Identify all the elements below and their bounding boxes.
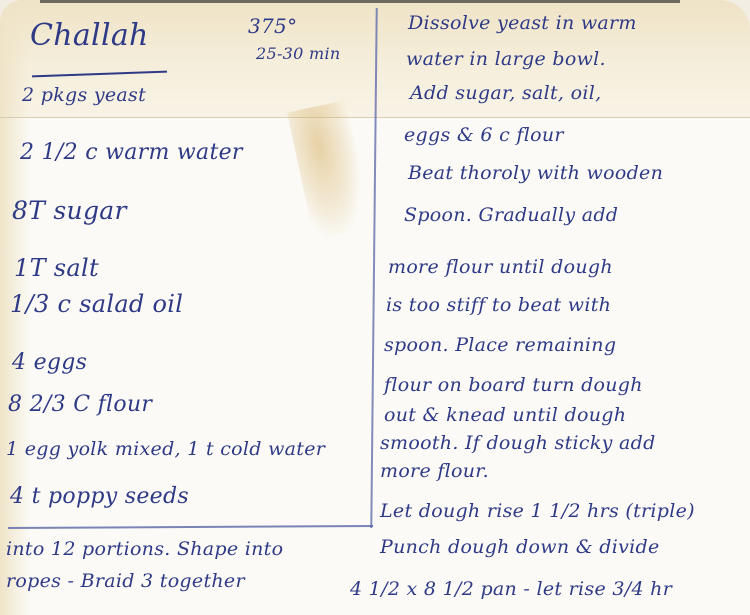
ingredient-item: 8T sugar (12, 196, 127, 225)
bake-time: 25-30 min (256, 44, 341, 63)
direction-line: Beat thoroly with wooden (408, 162, 663, 184)
recipe-title: Challah (30, 18, 149, 53)
ingredient-item: 2 1/2 c warm water (20, 140, 243, 165)
direction-line: Dissolve yeast in warm (408, 12, 637, 34)
ingredient-item: 2 pkgs yeast (22, 84, 146, 106)
direction-continuation: into 12 portions. Shape into (6, 538, 283, 560)
direction-line: more flour until dough (388, 256, 613, 278)
direction-line: out & knead until dough (384, 404, 626, 426)
ingredient-item: 1 egg yolk mixed, 1 t cold water (6, 438, 325, 460)
ingredient-item: 1/3 c salad oil (10, 290, 183, 318)
direction-continuation: ropes - Braid 3 together (6, 570, 245, 592)
ingredient-item: 4 t poppy seeds (10, 484, 189, 509)
ingredient-item: 4 eggs (12, 350, 87, 375)
water-stain (287, 100, 373, 240)
direction-line: water in large bowl. (406, 48, 606, 70)
direction-line: Let dough rise 1 1/2 hrs (triple) (380, 500, 695, 522)
direction-line: 4 1/2 x 8 1/2 pan - let rise 3/4 hr (350, 578, 672, 600)
oven-temperature: 375° (248, 14, 297, 38)
card-top-edge (40, 0, 680, 3)
ingredients-divider (8, 525, 373, 529)
ingredient-item: 1T salt (14, 254, 99, 282)
direction-line: spoon. Place remaining (384, 334, 616, 356)
direction-line: flour on board turn dough (384, 374, 643, 396)
direction-line: more flour. (380, 460, 489, 482)
direction-line: is too stiff to beat with (386, 294, 611, 316)
recipe-card: Challah 375° 25-30 min 2 pkgs yeast 2 1/… (0, 0, 750, 615)
direction-line: smooth. If dough sticky add (380, 432, 656, 454)
direction-line: Add sugar, salt, oil, (410, 82, 601, 104)
ingredient-item: 8 2/3 C flour (8, 392, 152, 417)
direction-line: Spoon. Gradually add (404, 204, 618, 226)
direction-line: Punch dough down & divide (380, 536, 660, 558)
direction-line: eggs & 6 c flour (404, 124, 564, 146)
